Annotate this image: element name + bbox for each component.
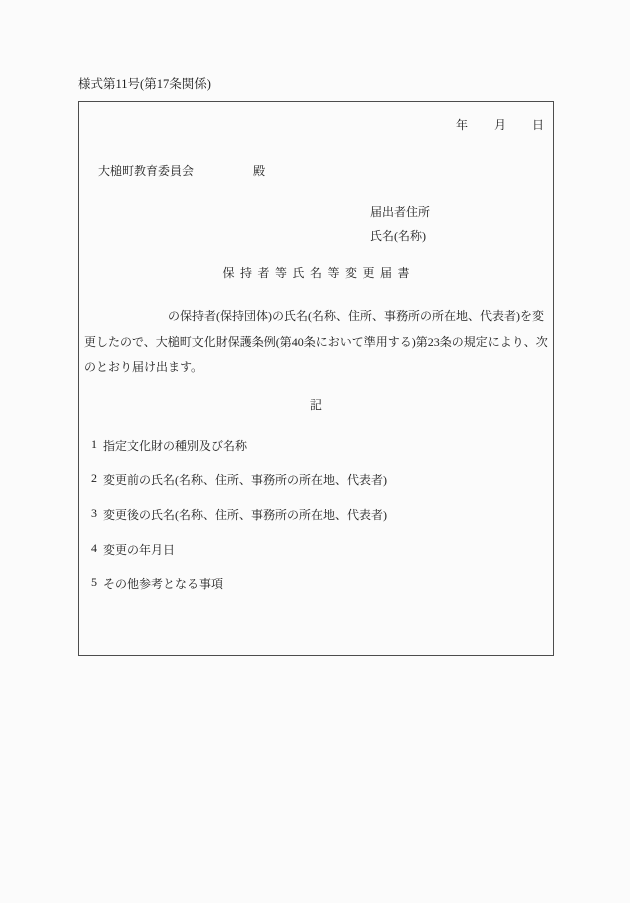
item-text: 変更の年月日	[103, 541, 175, 558]
list-item: 1 指定文化財の種別及び名称	[91, 437, 247, 454]
list-item: 3 変更後の氏名(名称、住所、事務所の所在地、代表者)	[91, 506, 387, 523]
list-item: 4 変更の年月日	[91, 541, 175, 558]
item-text: 変更前の氏名(名称、住所、事務所の所在地、代表者)	[103, 471, 387, 488]
item-number: 5	[91, 575, 103, 592]
item-text: 指定文化財の種別及び名称	[103, 437, 247, 454]
item-text: 変更後の氏名(名称、住所、事務所の所在地、代表者)	[103, 506, 387, 523]
items-list: 1 指定文化財の種別及び名称 2 変更前の氏名(名称、住所、事務所の所在地、代表…	[91, 102, 549, 655]
item-number: 4	[91, 541, 103, 558]
item-text: その他参考となる事項	[103, 575, 223, 592]
item-number: 1	[91, 437, 103, 454]
form-number-label: 様式第11号(第17条関係)	[78, 74, 211, 92]
document-page: 様式第11号(第17条関係) 年 月 日 大槌町教育委員会殿 届出者住所 氏名(…	[0, 0, 630, 903]
list-item: 2 変更前の氏名(名称、住所、事務所の所在地、代表者)	[91, 471, 387, 488]
document-border-box: 年 月 日 大槌町教育委員会殿 届出者住所 氏名(名称) 保持者等氏名等変更届書…	[78, 101, 554, 656]
list-item: 5 その他参考となる事項	[91, 575, 223, 592]
item-number: 2	[91, 471, 103, 488]
item-number: 3	[91, 506, 103, 523]
